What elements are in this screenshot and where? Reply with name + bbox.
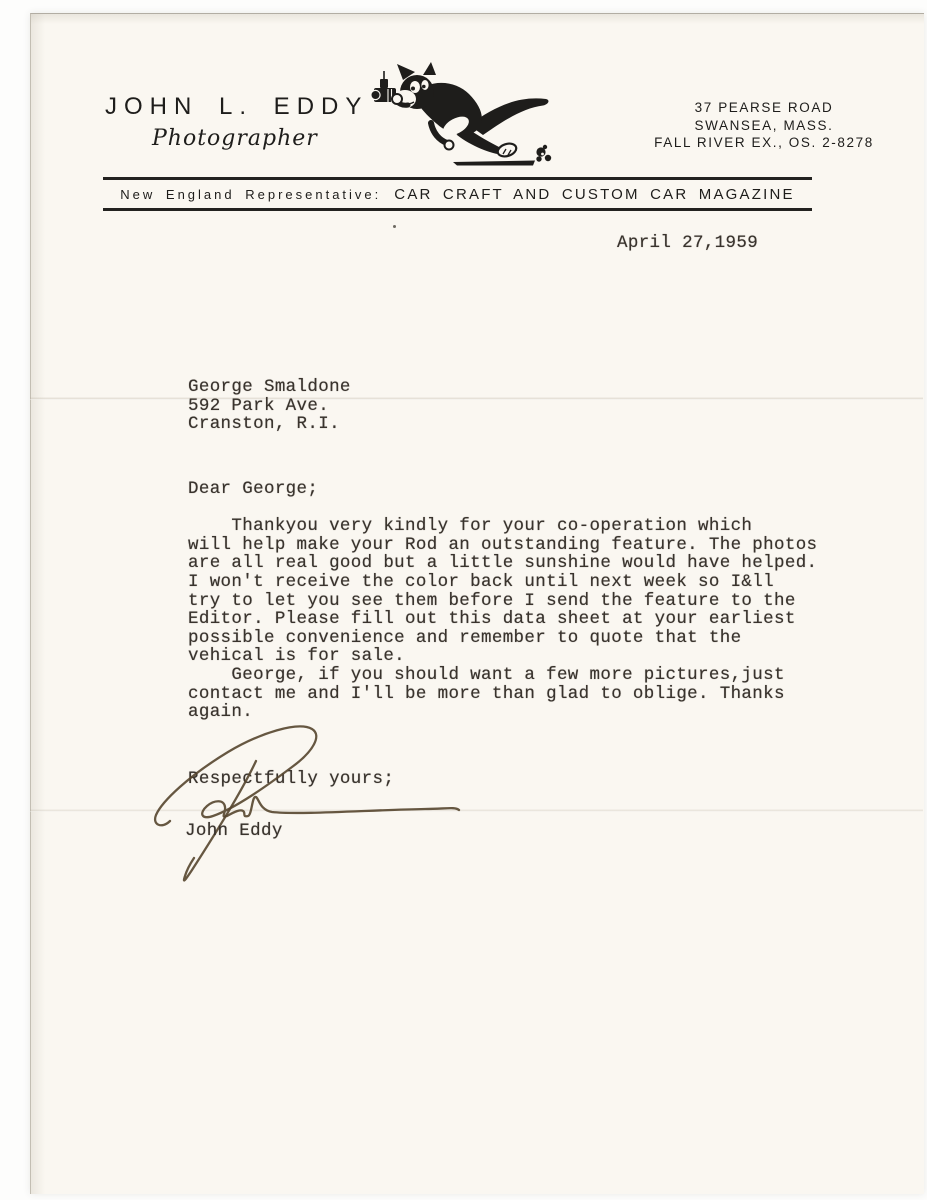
- ground-line: [453, 161, 535, 166]
- body-line: possible convenience and remember to quo…: [188, 629, 817, 648]
- scanned-letter: JOHN L. EDDY Photographer: [0, 0, 927, 1200]
- banner-title: CAR CRAFT AND CUSTOM CAR MAGAZINE: [394, 186, 794, 203]
- recipient-line: 592 Park Ave.: [188, 397, 351, 416]
- body-line: will help make your Rod an outstanding f…: [188, 536, 817, 555]
- ink-speck: [393, 225, 396, 228]
- body-line: try to let you see them before I send th…: [188, 592, 817, 611]
- contact-line: FALL RIVER EX., OS. 2-8278: [623, 134, 905, 152]
- body-line: Editor. Please fill out this data sheet …: [188, 610, 817, 629]
- recipient-line: George Smaldone: [188, 378, 351, 397]
- body-line: Thankyou very kindly for your co-operati…: [188, 517, 817, 536]
- letter-date: April 27,1959: [617, 234, 758, 253]
- contact-line: SWANSEA, MASS.: [623, 117, 905, 135]
- body-line: Dear George;: [188, 480, 817, 499]
- body-line: [188, 499, 817, 518]
- letter-body: Dear George; Thankyou very kindly for yo…: [188, 480, 817, 722]
- banner-prefix: New England Representative:: [120, 187, 381, 202]
- body-line: I won't receive the color back until nex…: [188, 573, 817, 592]
- typed-signature-name: John Eddy: [185, 822, 283, 841]
- recipient-line: Cranston, R.I.: [188, 415, 351, 434]
- letterhead-name: JOHN L. EDDY: [105, 93, 368, 121]
- signature-jack: [140, 715, 500, 900]
- body-line: vehical is for sale.: [188, 647, 817, 666]
- dust-puff: [536, 145, 551, 162]
- representative-banner: New England Representative: CAR CRAFT AN…: [103, 177, 812, 211]
- letterhead-role: Photographer: [152, 126, 318, 151]
- body-line: are all real good but a little sunshine …: [188, 554, 817, 573]
- letterhead-contact-block: 37 PEARSE ROADSWANSEA, MASS.FALL RIVER E…: [623, 99, 905, 152]
- contact-line: 37 PEARSE ROAD: [623, 99, 905, 117]
- body-line: contact me and I'll be more than glad to…: [188, 685, 817, 704]
- body-line: George, if you should want a few more pi…: [188, 666, 817, 685]
- recipient-address-block: George Smaldone592 Park Ave.Cranston, R.…: [188, 378, 351, 434]
- cat-photographer-logo-icon: [357, 61, 554, 173]
